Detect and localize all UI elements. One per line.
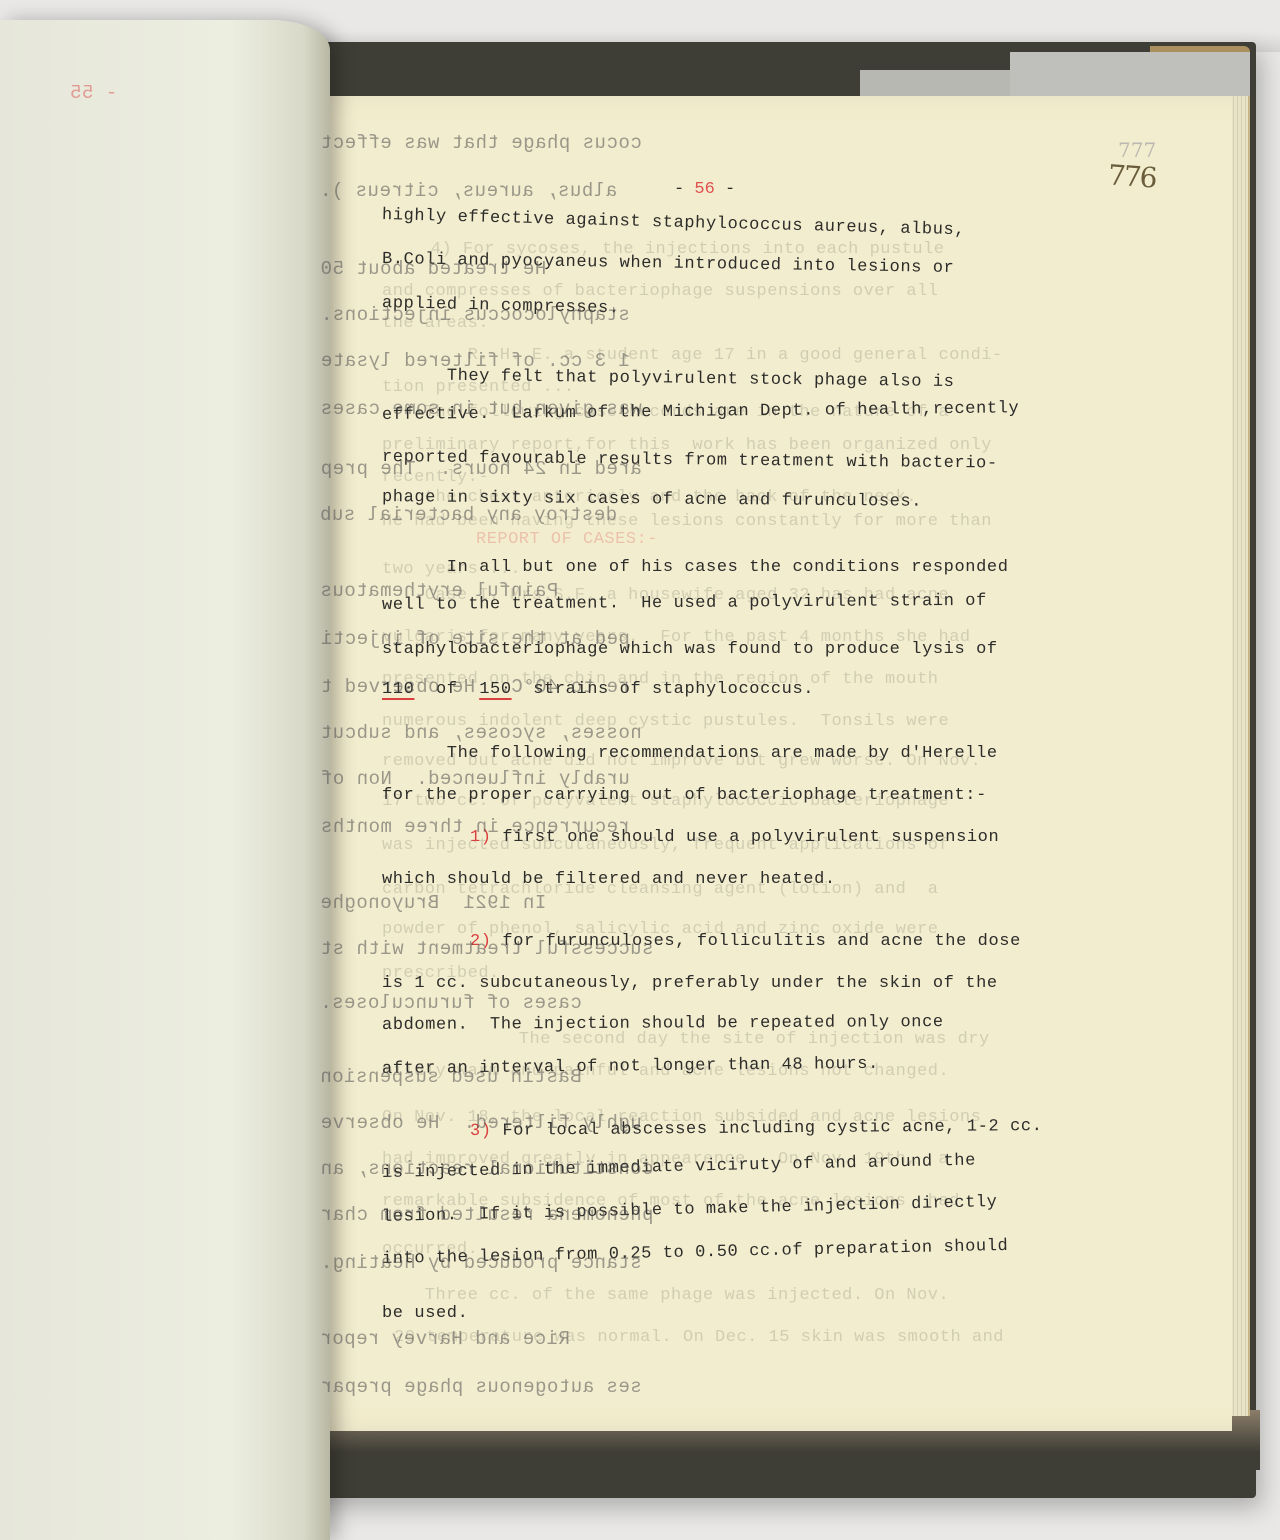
text-line: In all but one of his cases the conditio… (382, 558, 1009, 577)
text-line: is 1 cc. subcutaneously, preferably unde… (382, 974, 998, 993)
page-number-value: 56 (694, 180, 714, 199)
archive-number-faint: 777 (1118, 138, 1156, 162)
text-line: be used. (382, 1304, 468, 1323)
text-line: abdomen. The injection should be repeate… (382, 1013, 944, 1035)
text-line: The following recommendations are made b… (382, 744, 998, 763)
cover-tape-strip (1010, 52, 1250, 100)
left-page: - 55 cocus phage that was effect albus, … (0, 20, 330, 1540)
archive-number: 776 (1107, 158, 1157, 194)
page-number: - 56 - (674, 180, 735, 199)
text-line: which should be filtered and never heate… (382, 870, 836, 889)
